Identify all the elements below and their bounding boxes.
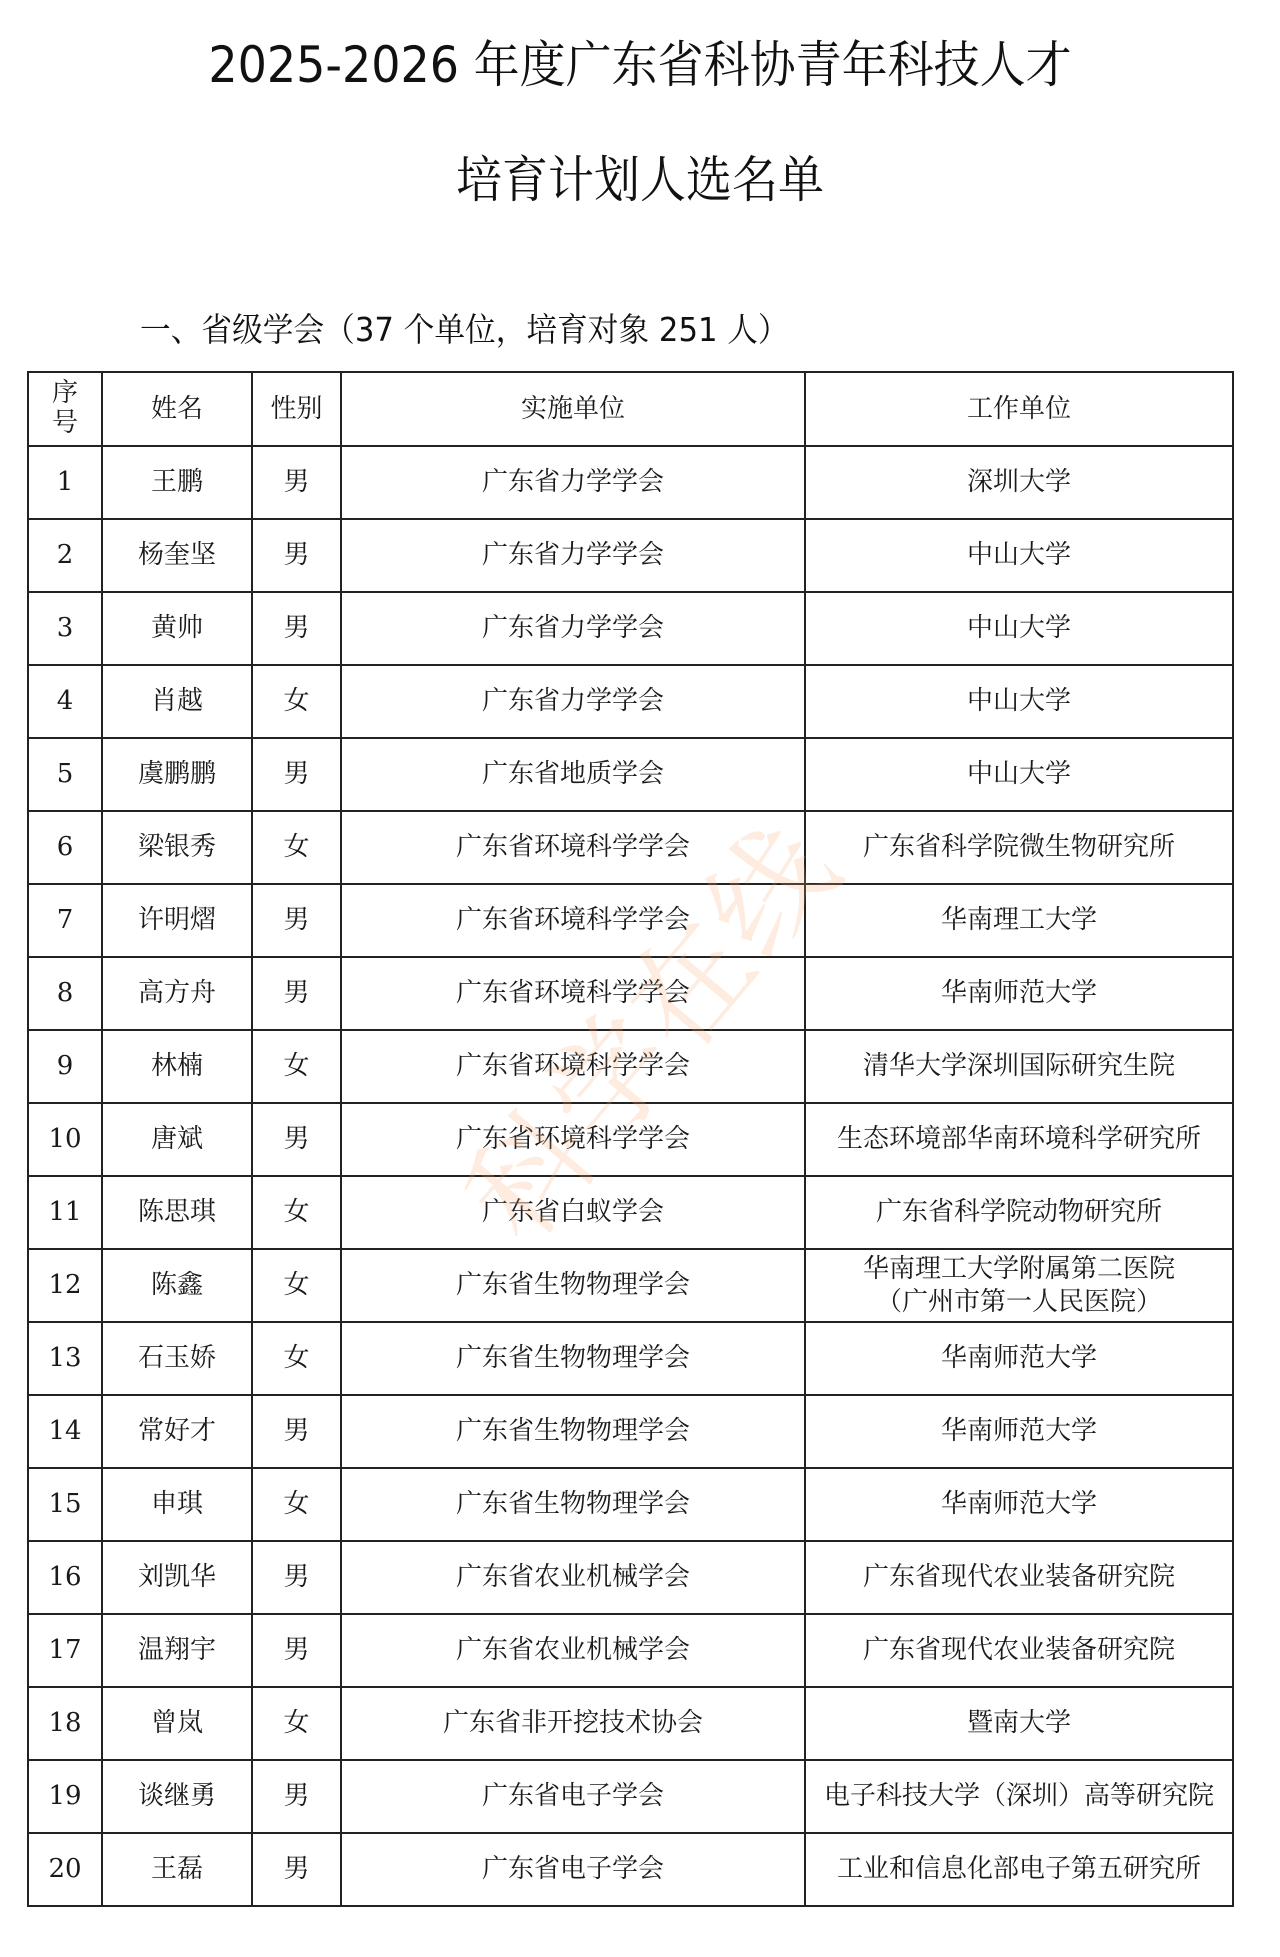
cell-name: 杨奎坚 xyxy=(102,519,252,592)
cell-work-unit: 广东省现代农业装备研究院 xyxy=(805,1541,1233,1614)
cell-name: 唐斌 xyxy=(102,1103,252,1176)
cell-gender: 女 xyxy=(252,1687,341,1760)
section-heading: 一、省级学会（37 个单位，培育对象 251 人） xyxy=(140,313,789,346)
cell-serial: 14 xyxy=(28,1395,102,1468)
cell-gender: 男 xyxy=(252,446,341,519)
cell-work-unit: 华南师范大学 xyxy=(805,1322,1233,1395)
cell-work-unit: 深圳大学 xyxy=(805,446,1233,519)
cell-gender: 女 xyxy=(252,665,341,738)
cell-work-unit: 电子科技大学（深圳）高等研究院 xyxy=(805,1760,1233,1833)
table-row: 10 唐斌 男 广东省环境科学学会 生态环境部华南环境科学研究所 xyxy=(28,1103,1233,1176)
cell-name: 谈继勇 xyxy=(102,1760,252,1833)
table-row: 4 肖越 女 广东省力学学会 中山大学 xyxy=(28,665,1233,738)
cell-work-unit: 暨南大学 xyxy=(805,1687,1233,1760)
cell-work-unit: 中山大学 xyxy=(805,738,1233,811)
table-row: 2 杨奎坚 男 广东省力学学会 中山大学 xyxy=(28,519,1233,592)
cell-serial: 4 xyxy=(28,665,102,738)
cell-gender: 女 xyxy=(252,1322,341,1395)
cell-name: 陈思琪 xyxy=(102,1176,252,1249)
cell-implementing-unit: 广东省农业机械学会 xyxy=(341,1541,805,1614)
cell-gender: 男 xyxy=(252,1395,341,1468)
header-serial-line2: 号 xyxy=(29,409,101,439)
cell-work-unit: 华南师范大学 xyxy=(805,1395,1233,1468)
table-row: 17 温翔宇 男 广东省农业机械学会 广东省现代农业装备研究院 xyxy=(28,1614,1233,1687)
table-row: 15 申琪 女 广东省生物物理学会 华南师范大学 xyxy=(28,1468,1233,1541)
cell-serial: 8 xyxy=(28,957,102,1030)
header-implementing-unit: 实施单位 xyxy=(341,372,805,446)
cell-name: 林楠 xyxy=(102,1030,252,1103)
cell-name: 陈鑫 xyxy=(102,1249,252,1322)
cell-gender: 女 xyxy=(252,1249,341,1322)
cell-implementing-unit: 广东省环境科学学会 xyxy=(341,957,805,1030)
cell-name: 刘凯华 xyxy=(102,1541,252,1614)
cell-implementing-unit: 广东省白蚁学会 xyxy=(341,1176,805,1249)
table-row: 16 刘凯华 男 广东省农业机械学会 广东省现代农业装备研究院 xyxy=(28,1541,1233,1614)
cell-serial: 5 xyxy=(28,738,102,811)
candidate-table: 序 号 姓名 性别 实施单位 工作单位 1 王鹏 男 广东省力学学会 深圳大学 … xyxy=(27,371,1234,1907)
cell-serial: 12 xyxy=(28,1249,102,1322)
table-row: 18 曾岚 女 广东省非开挖技术协会 暨南大学 xyxy=(28,1687,1233,1760)
cell-gender: 女 xyxy=(252,811,341,884)
cell-name: 黄帅 xyxy=(102,592,252,665)
cell-implementing-unit: 广东省地质学会 xyxy=(341,738,805,811)
cell-gender: 男 xyxy=(252,957,341,1030)
table-row: 1 王鹏 男 广东省力学学会 深圳大学 xyxy=(28,446,1233,519)
cell-serial: 6 xyxy=(28,811,102,884)
cell-work-unit: 中山大学 xyxy=(805,519,1233,592)
document-title-line1: 2025-2026 年度广东省科协青年科技人才 xyxy=(51,40,1229,90)
cell-gender: 男 xyxy=(252,1103,341,1176)
cell-work-unit: 工业和信息化部电子第五研究所 xyxy=(805,1833,1233,1906)
cell-work-unit: 清华大学深圳国际研究生院 xyxy=(805,1030,1233,1103)
cell-name: 肖越 xyxy=(102,665,252,738)
cell-gender: 男 xyxy=(252,884,341,957)
table-row: 5 虞鹏鹏 男 广东省地质学会 中山大学 xyxy=(28,738,1233,811)
cell-implementing-unit: 广东省环境科学学会 xyxy=(341,884,805,957)
table-row: 14 常好才 男 广东省生物物理学会 华南师范大学 xyxy=(28,1395,1233,1468)
cell-gender: 男 xyxy=(252,738,341,811)
table-row: 7 许明熠 男 广东省环境科学学会 华南理工大学 xyxy=(28,884,1233,957)
cell-name: 梁银秀 xyxy=(102,811,252,884)
cell-serial: 1 xyxy=(28,446,102,519)
cell-implementing-unit: 广东省环境科学学会 xyxy=(341,1103,805,1176)
cell-implementing-unit: 广东省力学学会 xyxy=(341,592,805,665)
cell-implementing-unit: 广东省环境科学学会 xyxy=(341,811,805,884)
cell-serial: 16 xyxy=(28,1541,102,1614)
cell-gender: 男 xyxy=(252,1833,341,1906)
cell-gender: 女 xyxy=(252,1176,341,1249)
cell-work-unit: 中山大学 xyxy=(805,592,1233,665)
cell-serial: 2 xyxy=(28,519,102,592)
cell-serial: 20 xyxy=(28,1833,102,1906)
header-serial-number: 序 号 xyxy=(28,372,102,446)
table-row: 19 谈继勇 男 广东省电子学会 电子科技大学（深圳）高等研究院 xyxy=(28,1760,1233,1833)
cell-name: 高方舟 xyxy=(102,957,252,1030)
cell-name: 曾岚 xyxy=(102,1687,252,1760)
cell-serial: 3 xyxy=(28,592,102,665)
header-work-unit: 工作单位 xyxy=(805,372,1233,446)
table-header-row: 序 号 姓名 性别 实施单位 工作单位 xyxy=(28,372,1233,446)
cell-implementing-unit: 广东省生物物理学会 xyxy=(341,1249,805,1322)
cell-work-unit: 中山大学 xyxy=(805,665,1233,738)
table-row: 12 陈鑫 女 广东省生物物理学会 华南理工大学附属第二医院 （广州市第一人民医… xyxy=(28,1249,1233,1322)
cell-name: 温翔宇 xyxy=(102,1614,252,1687)
cell-serial: 7 xyxy=(28,884,102,957)
cell-serial: 9 xyxy=(28,1030,102,1103)
header-serial-line1: 序 xyxy=(29,379,101,409)
cell-implementing-unit: 广东省力学学会 xyxy=(341,665,805,738)
cell-gender: 女 xyxy=(252,1030,341,1103)
cell-work-unit: 广东省科学院动物研究所 xyxy=(805,1176,1233,1249)
table-row: 6 梁银秀 女 广东省环境科学学会 广东省科学院微生物研究所 xyxy=(28,811,1233,884)
work-unit-line1: 华南理工大学附属第二医院 xyxy=(806,1253,1232,1286)
cell-gender: 女 xyxy=(252,1468,341,1541)
cell-serial: 18 xyxy=(28,1687,102,1760)
cell-serial: 15 xyxy=(28,1468,102,1541)
cell-serial: 17 xyxy=(28,1614,102,1687)
table-row: 20 王磊 男 广东省电子学会 工业和信息化部电子第五研究所 xyxy=(28,1833,1233,1906)
cell-name: 常好才 xyxy=(102,1395,252,1468)
table-row: 3 黄帅 男 广东省力学学会 中山大学 xyxy=(28,592,1233,665)
cell-implementing-unit: 广东省电子学会 xyxy=(341,1833,805,1906)
cell-implementing-unit: 广东省电子学会 xyxy=(341,1760,805,1833)
table-row: 11 陈思琪 女 广东省白蚁学会 广东省科学院动物研究所 xyxy=(28,1176,1233,1249)
cell-gender: 男 xyxy=(252,1614,341,1687)
cell-name: 王磊 xyxy=(102,1833,252,1906)
cell-serial: 13 xyxy=(28,1322,102,1395)
cell-work-unit: 华南师范大学 xyxy=(805,957,1233,1030)
cell-serial: 10 xyxy=(28,1103,102,1176)
work-unit-line2: （广州市第一人民医院） xyxy=(806,1286,1232,1319)
cell-gender: 男 xyxy=(252,1541,341,1614)
cell-name: 许明熠 xyxy=(102,884,252,957)
cell-serial: 19 xyxy=(28,1760,102,1833)
cell-work-unit: 广东省现代农业装备研究院 xyxy=(805,1614,1233,1687)
cell-gender: 男 xyxy=(252,1760,341,1833)
cell-work-unit: 华南师范大学 xyxy=(805,1468,1233,1541)
cell-work-unit: 生态环境部华南环境科学研究所 xyxy=(805,1103,1233,1176)
table-row: 8 高方舟 男 广东省环境科学学会 华南师范大学 xyxy=(28,957,1233,1030)
cell-implementing-unit: 广东省生物物理学会 xyxy=(341,1468,805,1541)
cell-name: 申琪 xyxy=(102,1468,252,1541)
cell-implementing-unit: 广东省非开挖技术协会 xyxy=(341,1687,805,1760)
cell-gender: 男 xyxy=(252,519,341,592)
cell-implementing-unit: 广东省生物物理学会 xyxy=(341,1322,805,1395)
cell-name: 王鹏 xyxy=(102,446,252,519)
cell-implementing-unit: 广东省力学学会 xyxy=(341,446,805,519)
cell-name: 石玉娇 xyxy=(102,1322,252,1395)
table-row: 9 林楠 女 广东省环境科学学会 清华大学深圳国际研究生院 xyxy=(28,1030,1233,1103)
cell-name: 虞鹏鹏 xyxy=(102,738,252,811)
table-row: 13 石玉娇 女 广东省生物物理学会 华南师范大学 xyxy=(28,1322,1233,1395)
cell-work-unit: 华南理工大学 xyxy=(805,884,1233,957)
cell-implementing-unit: 广东省环境科学学会 xyxy=(341,1030,805,1103)
cell-implementing-unit: 广东省农业机械学会 xyxy=(341,1614,805,1687)
header-name: 姓名 xyxy=(102,372,252,446)
header-gender: 性别 xyxy=(252,372,341,446)
cell-serial: 11 xyxy=(28,1176,102,1249)
document-title-line2: 培育计划人选名单 xyxy=(51,155,1229,205)
cell-work-unit: 广东省科学院微生物研究所 xyxy=(805,811,1233,884)
cell-implementing-unit: 广东省力学学会 xyxy=(341,519,805,592)
cell-gender: 男 xyxy=(252,592,341,665)
cell-implementing-unit: 广东省生物物理学会 xyxy=(341,1395,805,1468)
cell-work-unit: 华南理工大学附属第二医院 （广州市第一人民医院） xyxy=(805,1249,1233,1322)
